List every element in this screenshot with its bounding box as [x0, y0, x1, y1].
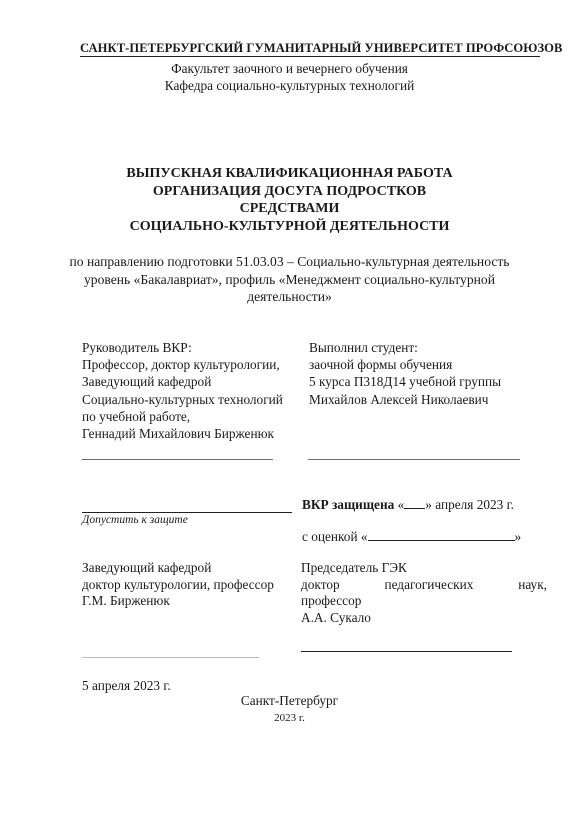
department-name: Кафедра социально-культурных технологий — [0, 77, 579, 94]
admission-label: Допустить к защите — [82, 514, 188, 526]
year: 2023 г. — [0, 712, 579, 724]
university-name: САНКТ-ПЕТЕРБУРГСКИЙ ГУМАНИТАРНЫЙ УНИВЕРС… — [80, 41, 540, 56]
head-line: доктор культурологии, профессор — [82, 577, 274, 594]
chair-name: А.А. Сукало — [301, 610, 547, 627]
student-line: Михайлов Алексей Николаевич — [309, 391, 501, 408]
head-line: Г.М. Бирженюк — [82, 593, 274, 610]
student-line: заочной формы обучения — [309, 356, 501, 373]
student-line: 5 курса П318Д14 учебной группы — [309, 373, 501, 390]
direction-line: деятельности» — [0, 288, 579, 306]
study-direction: по направлению подготовки 51.03.03 – Соц… — [0, 253, 579, 306]
defense-date-suffix: » апреля 2023 г. — [425, 497, 514, 512]
admission-signature-line — [82, 512, 292, 513]
chair-signature-line — [301, 651, 512, 652]
supervisor-signature-line — [82, 459, 273, 460]
chair-degree: доктор педагогических наук, — [301, 577, 547, 594]
supervisor-line: Социально-культурных технологий — [82, 391, 283, 408]
head-signature-line — [82, 657, 259, 658]
supervisor-line: Геннадий Михайлович Бирженюк — [82, 425, 283, 442]
commission-chair-block: Председатель ГЭК доктор педагогических н… — [301, 560, 547, 626]
grade-blank — [368, 528, 515, 541]
title-line: ВЫПУСКНАЯ КВАЛИФИКАЦИОННАЯ РАБОТА — [0, 165, 579, 183]
supervisor-block: Руководитель ВКР: Профессор, доктор куль… — [82, 339, 283, 442]
student-block: Выполнил студент: заочной формы обучения… — [309, 339, 501, 408]
title-line: СОЦИАЛЬНО-КУЛЬТУРНОЙ ДЕЯТЕЛЬНОСТИ — [0, 218, 579, 236]
direction-line: уровень «Бакалавриат», профиль «Менеджме… — [0, 271, 579, 289]
city: Санкт-Петербург — [0, 693, 579, 709]
sign-date: 5 апреля 2023 г. — [82, 677, 171, 694]
supervisor-line: Руководитель ВКР: — [82, 339, 283, 356]
defense-grade: с оценкой «» — [302, 528, 521, 545]
student-line: Выполнил студент: — [309, 339, 501, 356]
header-rule — [80, 56, 540, 57]
defense-day-blank — [404, 496, 425, 509]
grade-prefix: с оценкой « — [302, 529, 368, 544]
head-line: Заведующий кафедрой — [82, 560, 274, 577]
supervisor-line: по учебной работе, — [82, 408, 283, 425]
title-line: СРЕДСТВАМИ — [0, 200, 579, 218]
direction-line: по направлению подготовки 51.03.03 – Соц… — [0, 253, 579, 271]
defense-date-prefix: « — [398, 497, 405, 512]
thesis-title: ВЫПУСКНАЯ КВАЛИФИКАЦИОННАЯ РАБОТА ОРГАНИ… — [0, 165, 579, 235]
student-signature-line — [308, 459, 520, 460]
title-line: ОРГАНИЗАЦИЯ ДОСУГА ПОДРОСТКОВ — [0, 183, 579, 201]
supervisor-line: Профессор, доктор культурологии, — [82, 356, 283, 373]
chair-degree-word: наук, — [518, 577, 547, 594]
chair-degree-word: педагогических — [384, 577, 473, 594]
faculty-name: Факультет заочного и вечернего обучения — [0, 60, 579, 77]
defended-label: ВКР защищена — [302, 497, 394, 512]
chair-degree-word: доктор — [301, 577, 340, 594]
defense-status: ВКР защищена «» апреля 2023 г. — [302, 496, 514, 513]
chair-title: Председатель ГЭК — [301, 560, 547, 577]
head-of-department-block: Заведующий кафедрой доктор культурологии… — [82, 560, 274, 610]
grade-suffix: » — [515, 529, 522, 544]
chair-rank: профессор — [301, 593, 547, 610]
supervisor-line: Заведующий кафедрой — [82, 373, 283, 390]
